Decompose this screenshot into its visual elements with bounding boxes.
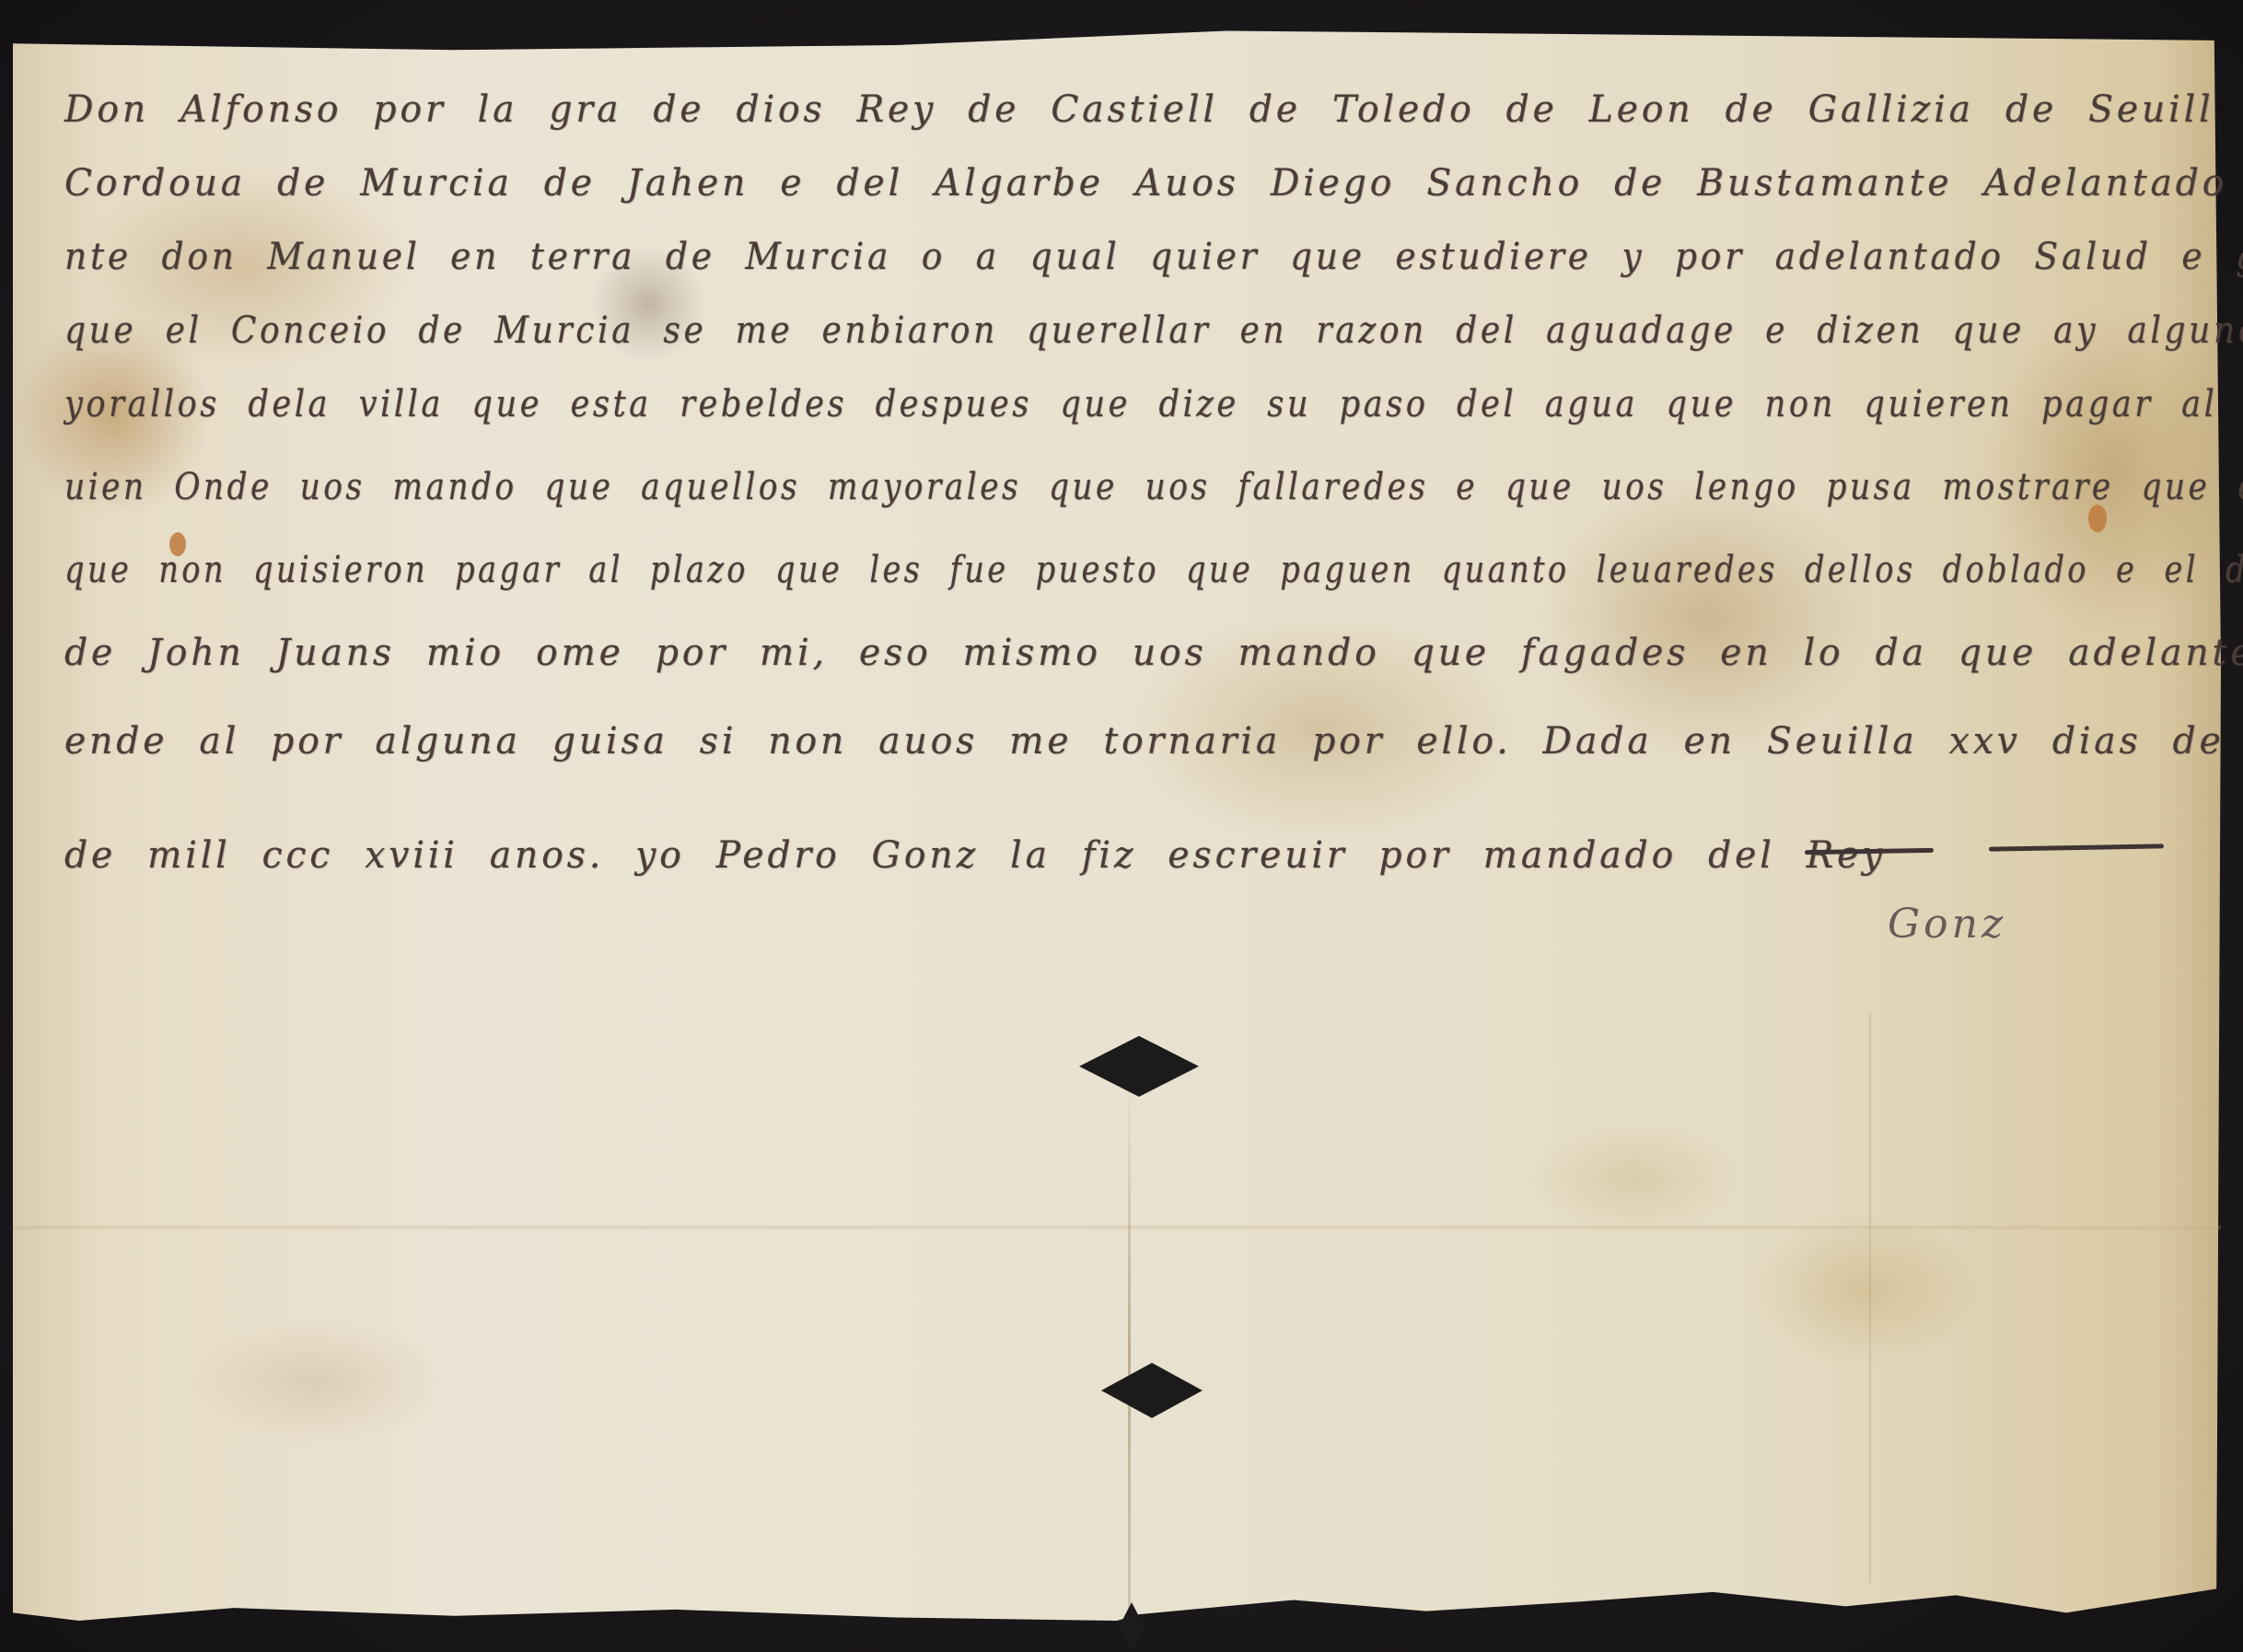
text-line-4: que el Conceio de Murcia se me enbiaron …: [64, 309, 2243, 352]
notary-mark: Gonz: [1888, 901, 2006, 948]
fold-line-vertical-right: [1869, 1013, 1871, 1584]
text-line-10: de mill ccc xviii anos. yo Pedro Gonz la…: [64, 834, 1886, 877]
text-line-2: Cordoua de Murcia de Jahen e del Algarbe…: [64, 162, 2243, 204]
wax-spot: [2088, 505, 2107, 532]
text-line-6: uien Onde uos mando que aquellos mayoral…: [64, 466, 2243, 508]
fold-line-horizontal: [13, 1225, 2221, 1230]
text-line-5: yorallos dela villa que esta rebeldes de…: [64, 383, 2243, 425]
text-line-1: Don Alfonso por la gra de dios Rey de Ca…: [64, 88, 2243, 131]
text-line-7: que non quisieron pagar al plazo que les…: [64, 549, 2243, 591]
text-line-3: nte don Manuel en terra de Murcia o a qu…: [64, 236, 2243, 278]
text-line-9: ende al por alguna guisa si non auos me …: [64, 720, 2243, 762]
text-line-8: de John Juans mio ome por mi, eso mismo …: [64, 632, 2243, 674]
fold-line-vertical: [1128, 1077, 1131, 1621]
